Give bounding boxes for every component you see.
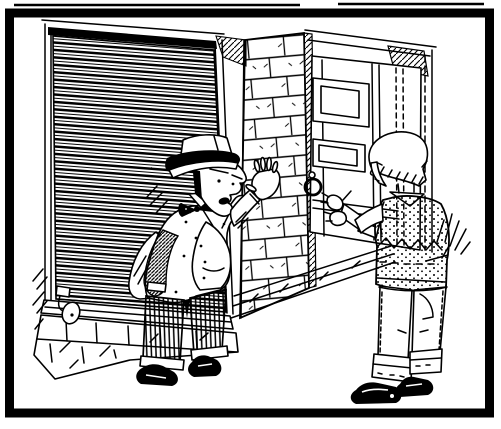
hand-lower (330, 211, 346, 225)
line-art-illustration (0, 0, 501, 429)
boy-head (369, 132, 427, 186)
pocket-cuff (147, 282, 166, 292)
eye (217, 179, 220, 182)
jeans (372, 286, 447, 382)
rolled-cuff (410, 349, 442, 374)
illustration-canvas (0, 0, 501, 429)
handle-mount (309, 172, 315, 178)
patterned-vest (375, 196, 449, 291)
eye (232, 183, 235, 186)
